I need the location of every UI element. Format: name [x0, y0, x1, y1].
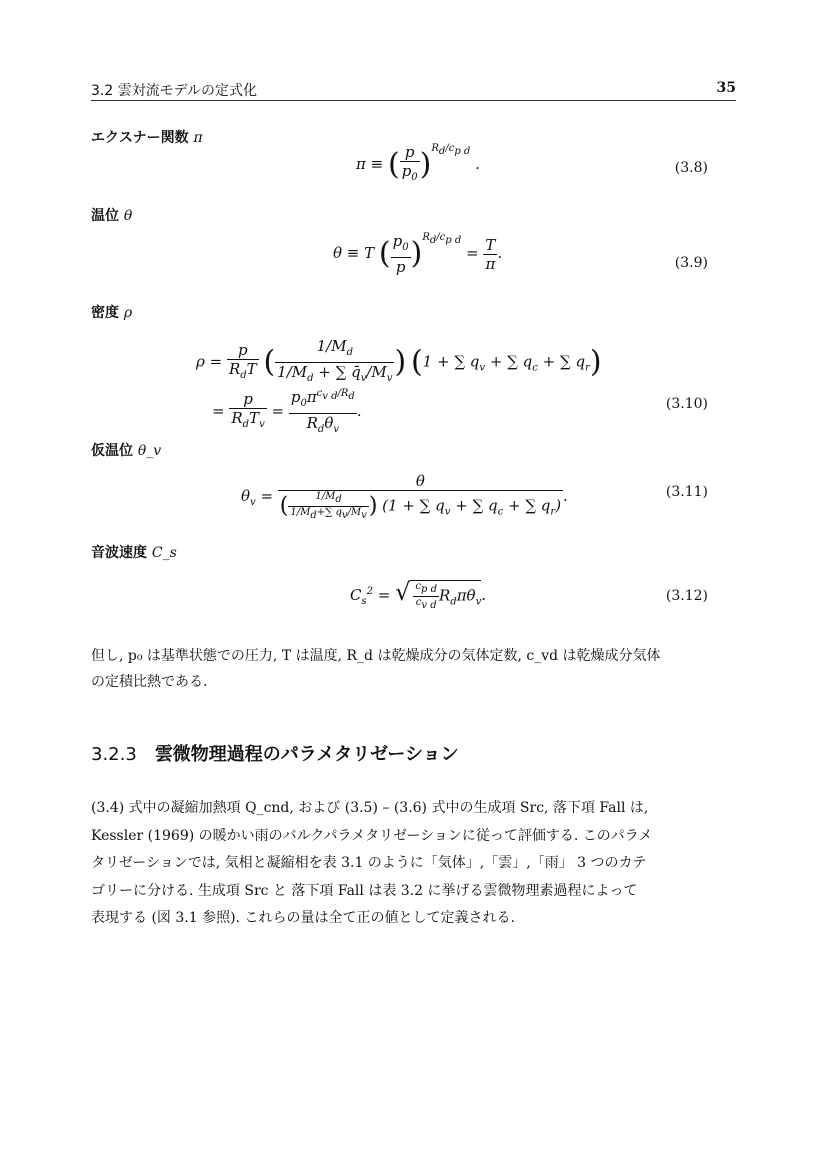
running-header: 3.2 雲対流モデルの定式化 35 — [91, 80, 736, 101]
paragraph-line: 表現する (図 3.1 参照). これらの量は全て正の値として定義される. — [91, 905, 721, 933]
equation-number: (3.8) — [675, 160, 708, 176]
paragraph-line: タリゼーションでは, 気相と凝縮相を表 3.1 のように「気体」,「雲」,「雨」… — [91, 850, 721, 878]
paragraph-line: (3.4) 式中の凝縮加熱項 Q_cnd, および (3.5) – (3.6) … — [91, 795, 721, 823]
equation-number: (3.11) — [666, 484, 708, 500]
definition-label-potential-temperature: 温位 θ — [91, 205, 132, 225]
equation-3-9: θ ≡ T (p0p)Rd/cp d = Tπ. — [333, 232, 502, 276]
paragraph-line: ゴリーに分ける. 生成項 Src と 落下項 Fall は表 3.2 に挙げる雲… — [91, 878, 721, 906]
label-text: 音波速度 — [91, 545, 147, 561]
section-title: 雲微物理過程のパラメタリゼーション — [155, 744, 459, 765]
equation-3-8: π ≡ (pp0)Rd/cp d . — [356, 143, 480, 187]
equation-number: (3.12) — [666, 588, 708, 604]
header-section-title: 3.2 雲対流モデルの定式化 — [91, 80, 257, 100]
paragraph-line: Kessler (1969) の暖かい雨のバルクパラメタリゼーションに従って評価… — [91, 823, 721, 851]
definition-label-virtual-potential-temperature: 仮温位 θ_v — [91, 440, 161, 460]
equation-3-10-line1: ρ = pRdT (1/Md1/Md + ∑ q̄v/Mv) (1 + ∑ qv… — [196, 337, 602, 388]
label-symbol: π — [193, 130, 202, 146]
definition-label-sound-speed: 音波速度 C_s — [91, 542, 177, 562]
label-symbol: ρ — [124, 305, 132, 321]
equation-3-10-line2: = pRdTv = p0πcv d/RdRdθv. — [212, 385, 362, 439]
label-symbol: θ_v — [138, 443, 161, 459]
label-symbol: θ — [124, 208, 132, 224]
label-text: 仮温位 — [91, 443, 133, 459]
page-number: 35 — [717, 80, 736, 96]
equation-number: (3.9) — [675, 255, 708, 271]
label-text: エクスナー関数 — [91, 130, 189, 146]
body-paragraph: (3.4) 式中の凝縮加熱項 Q_cnd, および (3.5) – (3.6) … — [91, 795, 721, 933]
label-text: 温位 — [91, 208, 119, 224]
label-symbol: C_s — [152, 545, 177, 561]
section-heading: 3.2.3雲微物理過程のパラメタリゼーション — [91, 740, 459, 766]
note-line: 但し, p₀ は基準状態での圧力, T は温度, R_d は乾燥成分の気体定数,… — [91, 643, 721, 669]
equation-number: (3.10) — [666, 396, 708, 412]
equation-3-12: Cs2 = √cp dcv dRdπθv. — [350, 578, 486, 612]
definition-label-exner: エクスナー関数 π — [91, 127, 203, 147]
symbol-note: 但し, p₀ は基準状態での圧力, T は温度, R_d は乾燥成分の気体定数,… — [91, 643, 721, 695]
definition-label-density: 密度 ρ — [91, 302, 132, 322]
section-number: 3.2.3 — [91, 744, 137, 765]
label-text: 密度 — [91, 305, 119, 321]
note-line: の定積比熱である. — [91, 669, 721, 695]
equation-3-11: θv = θ(1/Md1/Md+∑ qv/Mv) (1 + ∑ qv + ∑ q… — [241, 472, 568, 522]
